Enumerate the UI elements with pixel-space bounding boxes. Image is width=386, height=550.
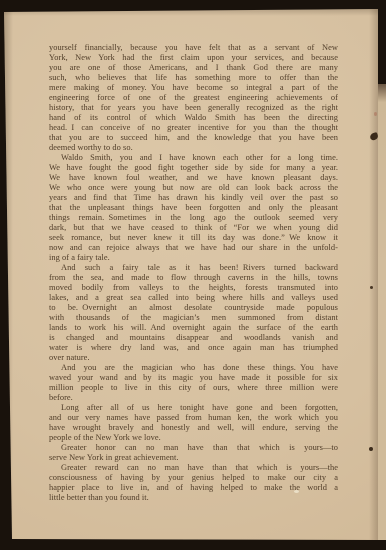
- text-line: We have fought the good fight together s…: [49, 163, 338, 173]
- text-line: history, that for years you have been ge…: [49, 103, 338, 113]
- text-line: consciousness of having by your genius h…: [49, 473, 338, 483]
- text-line: Greater honor can no man have than that …: [49, 443, 338, 453]
- text-line: engineering force of one of the greatest…: [49, 93, 338, 103]
- text-line: York, New York had the first claim upon …: [49, 53, 338, 63]
- underlying-page-edge: [377, 84, 386, 540]
- page-fold-shadow: [369, 9, 378, 540]
- paragraph: Long after all of us here tonight have g…: [49, 403, 338, 443]
- text-line: lakes, and a great sea called into being…: [49, 293, 338, 303]
- text-line: ing of a fairy tale.: [49, 253, 338, 263]
- book-page: yourself financially, because you have f…: [0, 0, 386, 550]
- text-line: lands to work his will. And overnight ag…: [49, 323, 338, 333]
- text-line: with thousands of the magician’s men sum…: [49, 313, 338, 323]
- text-line: water is where dry land was, and once ag…: [49, 343, 338, 353]
- text-line: Greater reward can no man have than that…: [49, 463, 338, 473]
- text-line: mere making of money. You have become so…: [49, 83, 338, 93]
- text-line: We who once were young but now are old c…: [49, 183, 338, 193]
- text-line: dark, but that we have ceased to think o…: [49, 223, 338, 233]
- text-block: yourself financially, because you have f…: [49, 43, 338, 503]
- text-line: things remain. Sometimes in the long ago…: [49, 213, 338, 223]
- text-line: head. I can conceive of no greater incen…: [49, 123, 338, 133]
- red-speck-right-edge: [374, 112, 377, 116]
- light-speck-bottom: [294, 490, 299, 493]
- paragraph: And such a fairy tale as it has been! Ri…: [49, 263, 338, 363]
- text-line: We have known foul weather, and we have …: [49, 173, 338, 183]
- paragraph: Greater honor can no man have than that …: [49, 443, 338, 463]
- text-line: people of the New York we love.: [49, 433, 338, 443]
- text-line: deemed worthy to do so.: [49, 143, 338, 153]
- text-line: before.: [49, 393, 338, 403]
- text-line: And such a fairy tale as it has been! Ri…: [49, 263, 338, 273]
- paragraph: yourself financially, because you have f…: [49, 43, 338, 153]
- text-line: now and can rejoice always that we have …: [49, 243, 338, 253]
- text-line: from the sea, and made to flow through c…: [49, 273, 338, 283]
- text-line: moved bodily from valleys to the heights…: [49, 283, 338, 293]
- text-line: that the unpleasant things have been for…: [49, 203, 338, 213]
- ink-dot-middle-right: [370, 286, 373, 289]
- text-line: hand of its control of which Waldo Smith…: [49, 113, 338, 123]
- page-edge-shadow-top: [0, 8, 386, 16]
- paragraph: Waldo Smith, you and I have known each o…: [49, 153, 338, 263]
- text-line: And you are the magician who has done th…: [49, 363, 338, 373]
- text-line: have wrought bravely and honestly and we…: [49, 423, 338, 433]
- text-line: yourself financially, because you have f…: [49, 43, 338, 53]
- text-line: waved your wand and by its magic you hav…: [49, 373, 338, 383]
- text-line: years and find that Time has drawn his k…: [49, 193, 338, 203]
- text-line: that you are to succeed him, and the kno…: [49, 133, 338, 143]
- text-line: and our very names have passed from huma…: [49, 413, 338, 423]
- text-line: serve New York in great achievement.: [49, 453, 338, 463]
- text-line: such, who believes that life has somethi…: [49, 73, 338, 83]
- text-line: Waldo Smith, you and I have known each o…: [49, 153, 338, 163]
- text-line: seek romance, but never knew it till its…: [49, 233, 338, 243]
- paragraph: And you are the magician who has done th…: [49, 363, 338, 403]
- text-line: over nature.: [49, 353, 338, 363]
- paragraph: Greater reward can no man have than that…: [49, 463, 338, 503]
- text-line: million people to live in this city of o…: [49, 383, 338, 393]
- text-line: little better than you found it.: [49, 493, 338, 503]
- text-line: Long after all of us here tonight have g…: [49, 403, 338, 413]
- text-line: to be. Overnight an almost desolate coun…: [49, 303, 338, 313]
- page-edge-shadow-left: [3, 10, 13, 540]
- text-line: you are one of those Americans, and I th…: [49, 63, 338, 73]
- scanned-book-page: yourself financially, because you have f…: [0, 0, 386, 550]
- text-line: is changed and mountains disappear and w…: [49, 333, 338, 343]
- ink-dot-lower-right: [369, 447, 373, 451]
